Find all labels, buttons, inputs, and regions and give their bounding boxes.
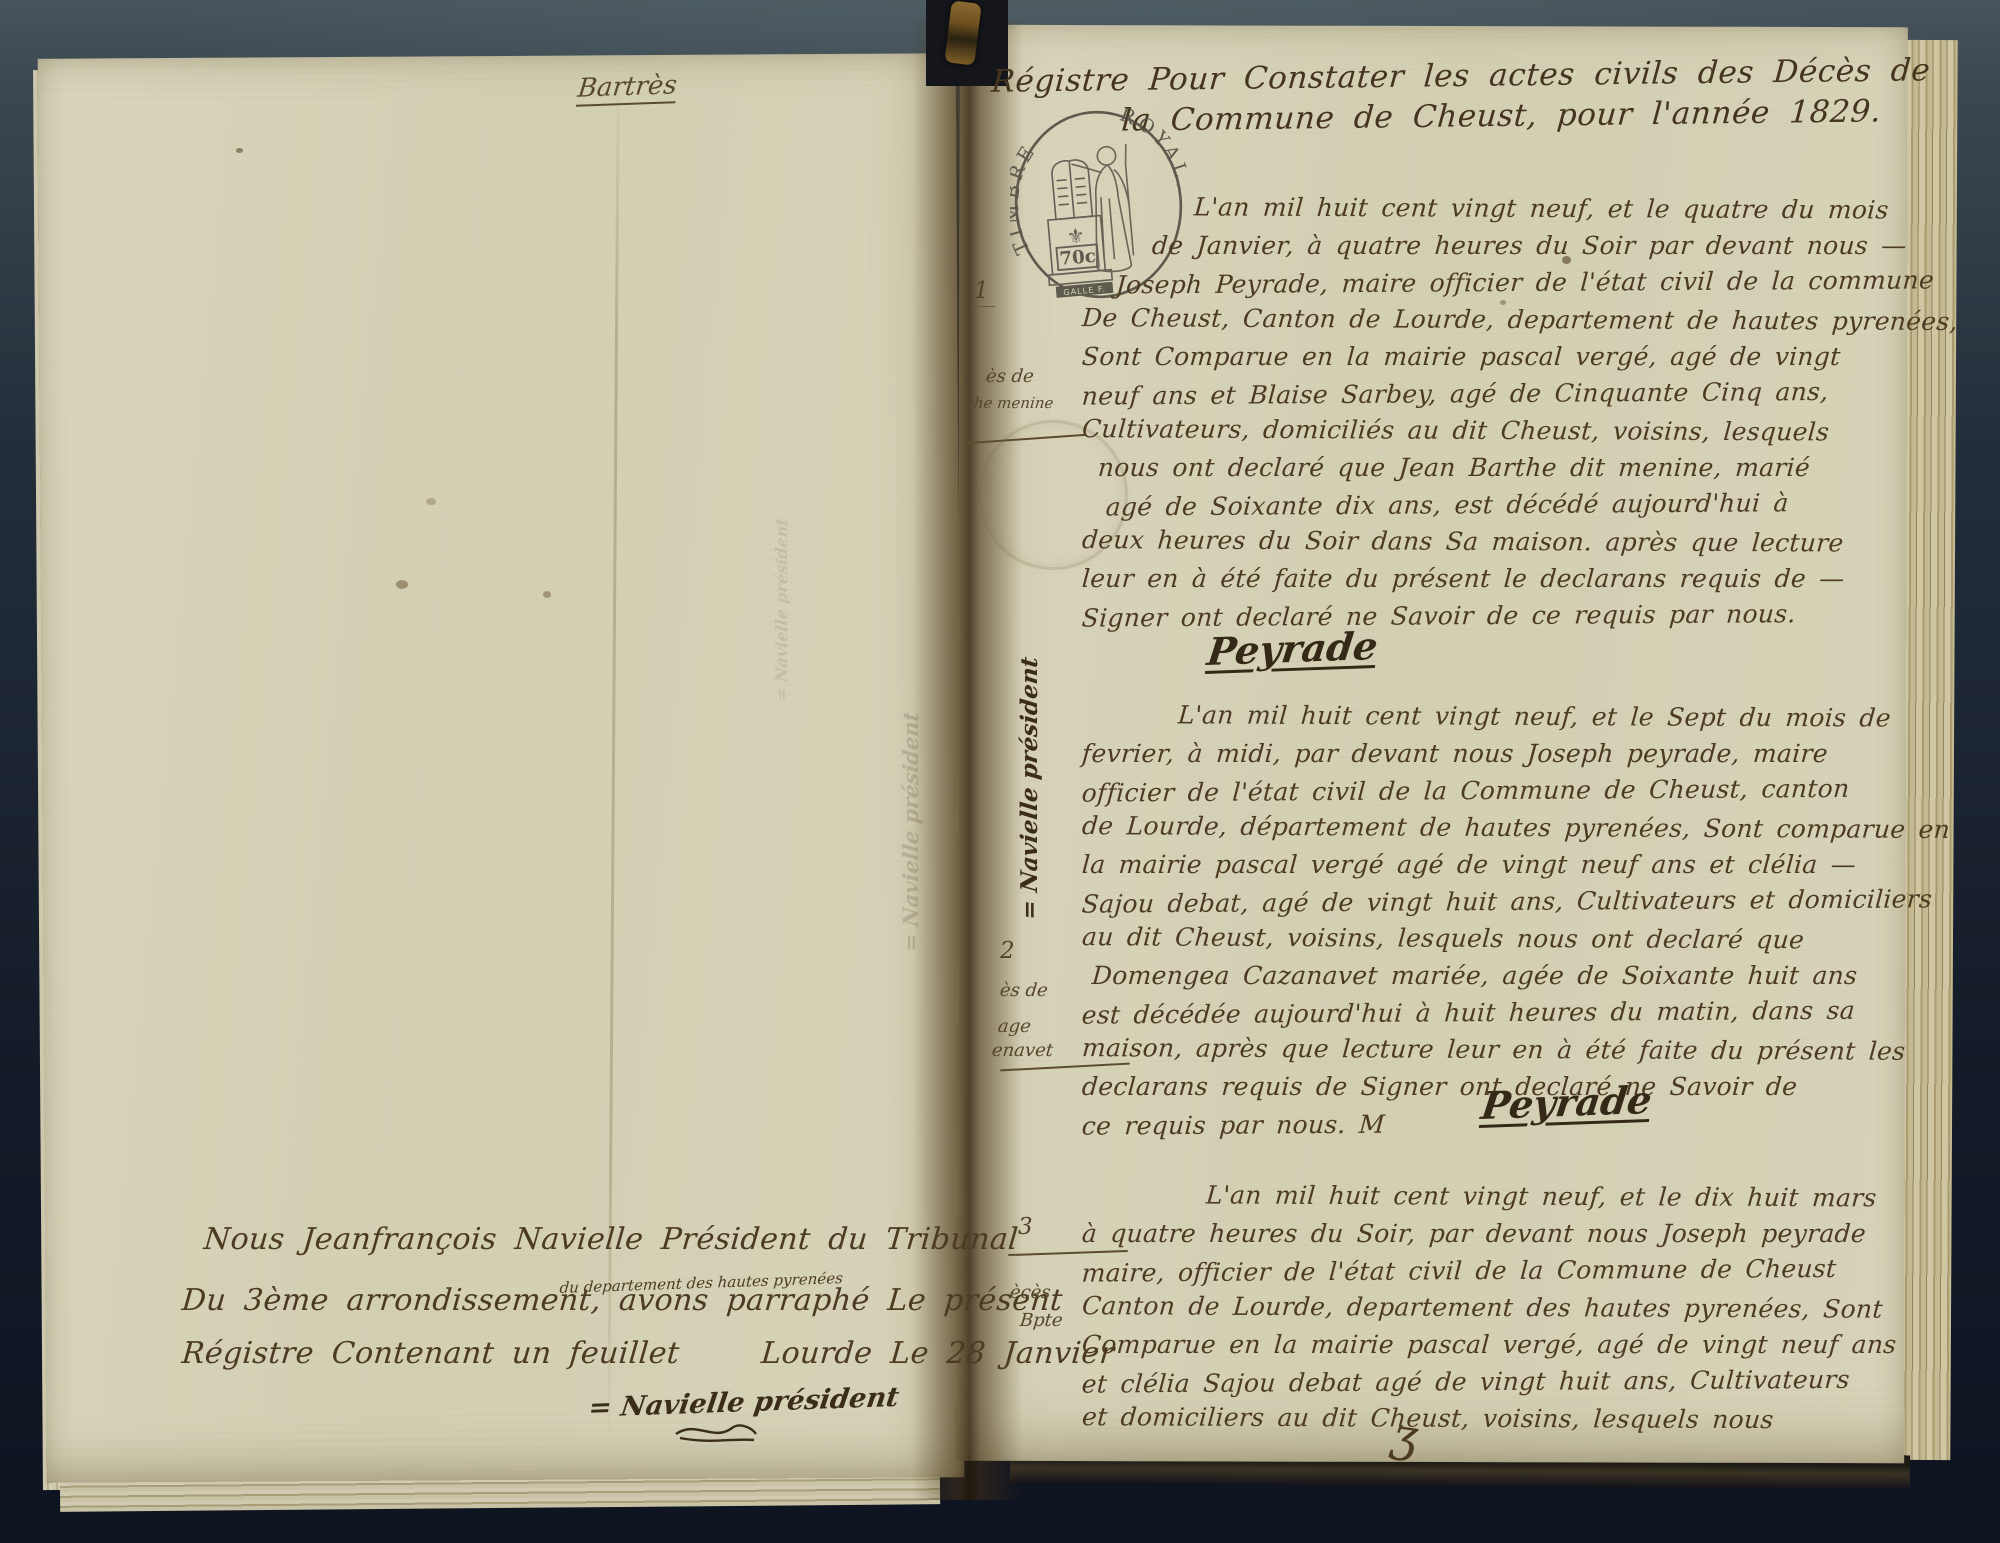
closing-signature: = Navielle président (587, 1377, 1036, 1423)
closing-line: Régistre Contenant un feuillet Lourde Le… (180, 1336, 1033, 1371)
act-margin-fragment: enavet (991, 1040, 1054, 1061)
gutter-paraph: = Navielle président (1016, 655, 1043, 920)
act-margin-fragment: Bpte (1019, 1310, 1064, 1331)
act-line: maire, officier de l'état civil de la Co… (1081, 1249, 1924, 1291)
act-line: De Cheust, Canton de Lourde, departement… (1081, 299, 1923, 340)
act-margin-number: 2 (998, 938, 1021, 966)
act-line: officier de l'état civil de la Commune d… (1081, 769, 1924, 811)
act-line: Domengea Cazanavet mariée, agée de Soixa… (1091, 957, 1924, 994)
act-line: de Janvier, à quatre heures du Soir par … (1151, 227, 1924, 264)
act-line: Sajou debat, agé de vingt huit ans, Cult… (1081, 880, 1924, 922)
stain (543, 591, 551, 598)
stain (236, 148, 243, 153)
act-margin-fragment: the menine (967, 394, 1054, 412)
act-signature: Peyrade (1205, 623, 1381, 674)
act-line: la mairie pascal vergé agé de vingt neuf… (1081, 846, 1924, 883)
closing-line: Du 3ème arrondissement, avons parraphé L… (180, 1283, 1033, 1318)
act-line: Comparue en la mairie pascal vergé, agé … (1081, 1326, 1924, 1363)
act-line: neuf ans et Blaise Sarbey, agé de Cinqua… (1081, 372, 1924, 414)
act-margin-number: 1 (972, 278, 995, 307)
header-word-text: Bartrès (576, 70, 679, 106)
act-1: L'an mil huit cent vingt neuf, et le qua… (1082, 190, 1922, 634)
act-line: est décédée aujourd'hui à huit heures du… (1081, 991, 1924, 1033)
act-line: à quatre heures du Soir, par devant nous… (1081, 1215, 1924, 1252)
act-signature: Peyrade (1479, 1077, 1655, 1128)
act-margin-fragment: ès de (999, 980, 1049, 1001)
closing-line3-right: Lourde Le 28 Janvier (760, 1336, 1116, 1371)
act-2: L'an mil huit cent vingt neuf, et le Sep… (1082, 698, 1922, 1142)
act-margin-fragment: age (997, 1016, 1032, 1037)
act-line: L'an mil huit cent vingt neuf, et le qua… (1193, 188, 1924, 228)
stain (1500, 300, 1506, 305)
act-line: leur en à été faite du présent le declar… (1081, 560, 1924, 597)
act-line: et clélia Sajou debat agé de vingt huit … (1081, 1360, 1924, 1402)
signature-flourish (670, 1418, 760, 1446)
bleedthrough-paraph: = Navielle président (772, 517, 791, 702)
closing-block: Nous Jeanfrançois Navielle Président du … (182, 1222, 1032, 1450)
act-3: L'an mil huit cent vingt neuf, et le dix… (1082, 1178, 1922, 1437)
stamp-arc-left-text: TIMBRE (1010, 137, 1050, 258)
act-line: fevrier, à midi, par devant nous Joseph … (1081, 735, 1924, 772)
act-line: Canton de Lourde, departement des hautes… (1081, 1287, 1923, 1328)
svg-text:TIMBRE: TIMBRE (1010, 137, 1050, 258)
act-line: L'an mil huit cent vingt neuf, et le Sep… (1177, 696, 1924, 736)
act-margin-fragment: ècès (1009, 1282, 1052, 1303)
act-line: Cultivateurs, domiciliés au dit Cheust, … (1081, 410, 1923, 451)
left-page-header-word: Bartrès (576, 70, 678, 103)
act-line: nous ont declaré que Jean Barthe dit men… (1097, 449, 1924, 486)
act-line: deux heures du Soir dans Sa maison. aprè… (1081, 521, 1923, 562)
act-line: et domiciliers au dit Cheust, voisins, l… (1081, 1398, 1923, 1439)
stain (396, 580, 408, 589)
act-line: L'an mil huit cent vingt neuf, et le dix… (1205, 1176, 1924, 1216)
act-line: Joseph Peyrade, maire officier de l'état… (1115, 262, 1924, 304)
bleedthrough-paraph: = Navielle président (898, 710, 923, 952)
act-line: Signer ont declaré ne Savoir de ce requi… (1081, 594, 1924, 636)
act-line: de Lourde, département de hautes pyrenée… (1081, 807, 1923, 848)
stain (426, 498, 436, 505)
closing-line3-left: Régistre Contenant un feuillet (180, 1336, 681, 1371)
act-line: Sont Comparue en la mairie pascal vergé,… (1081, 338, 1924, 375)
act-line: maison, après que lecture leur en à été … (1081, 1029, 1923, 1070)
stain (1562, 256, 1571, 264)
act-margin-number: 3 (1016, 1214, 1039, 1242)
register-scan: Bartrès = Navielle président = Navielle … (0, 0, 2000, 1543)
act-line: au dit Cheust, voisins, lesquels nous on… (1081, 918, 1923, 959)
closing-line: Nous Jeanfrançois Navielle Président du … (202, 1222, 1033, 1257)
act-line: agé de Soixante dix ans, est décédé aujo… (1105, 484, 1924, 526)
act-margin-fragment: ès de (985, 366, 1035, 387)
